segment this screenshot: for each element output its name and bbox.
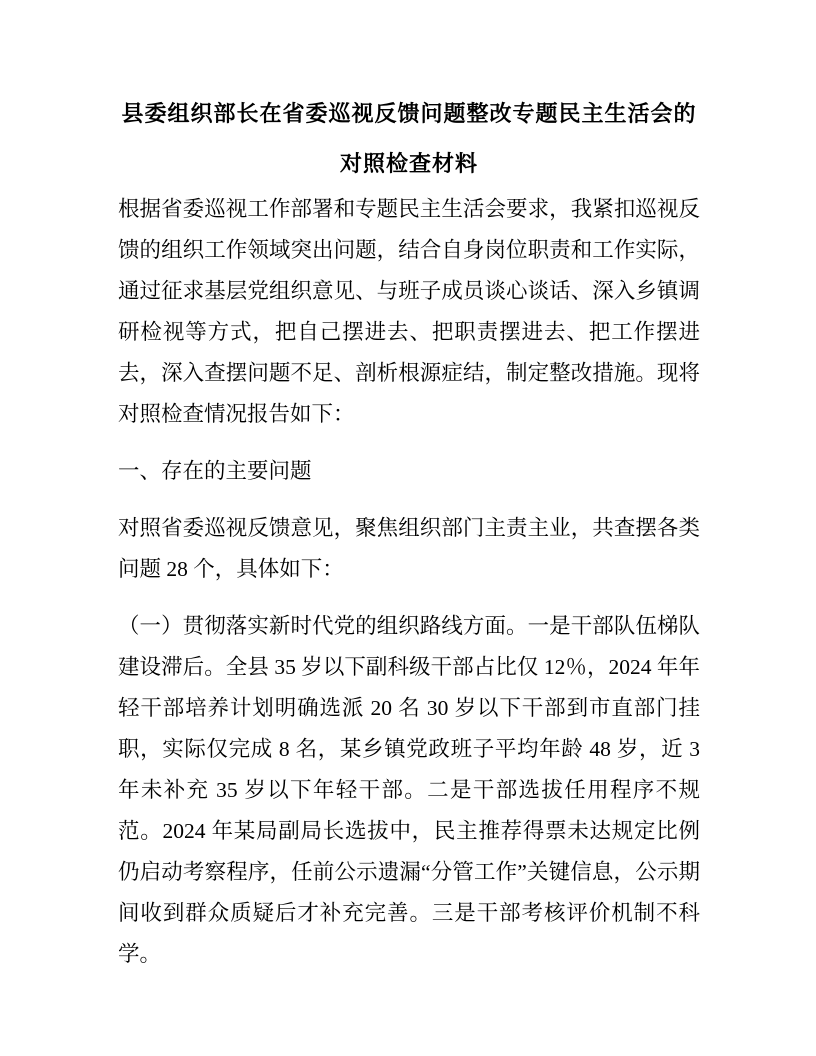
section-heading-main-problems: 一、存在的主要问题 — [118, 451, 700, 492]
paragraph-intro: 根据省委巡视工作部署和专题民主生活会要求，我紧扣巡视反馈的组织工作领域突出问题，… — [118, 189, 700, 435]
paragraph-problem-detail-1: （一）贯彻落实新时代党的组织路线方面。一是干部队伍梯队建设滞后。全县 35 岁以… — [118, 606, 700, 975]
document-body: 根据省委巡视工作部署和专题民主生活会要求，我紧扣巡视反馈的组织工作领域突出问题，… — [118, 189, 700, 975]
document-title: 县委组织部长在省委巡视反馈问题整改专题民主生活会的对照检查材料 — [118, 89, 700, 189]
paragraph-problems-summary: 对照省委巡视反馈意见，聚焦组织部门主责主业，共查摆各类问题 28 个，具体如下： — [118, 508, 700, 590]
document-page: 县委组织部长在省委巡视反馈问题整改专题民主生活会的对照检查材料 根据省委巡视工作… — [0, 0, 816, 1056]
